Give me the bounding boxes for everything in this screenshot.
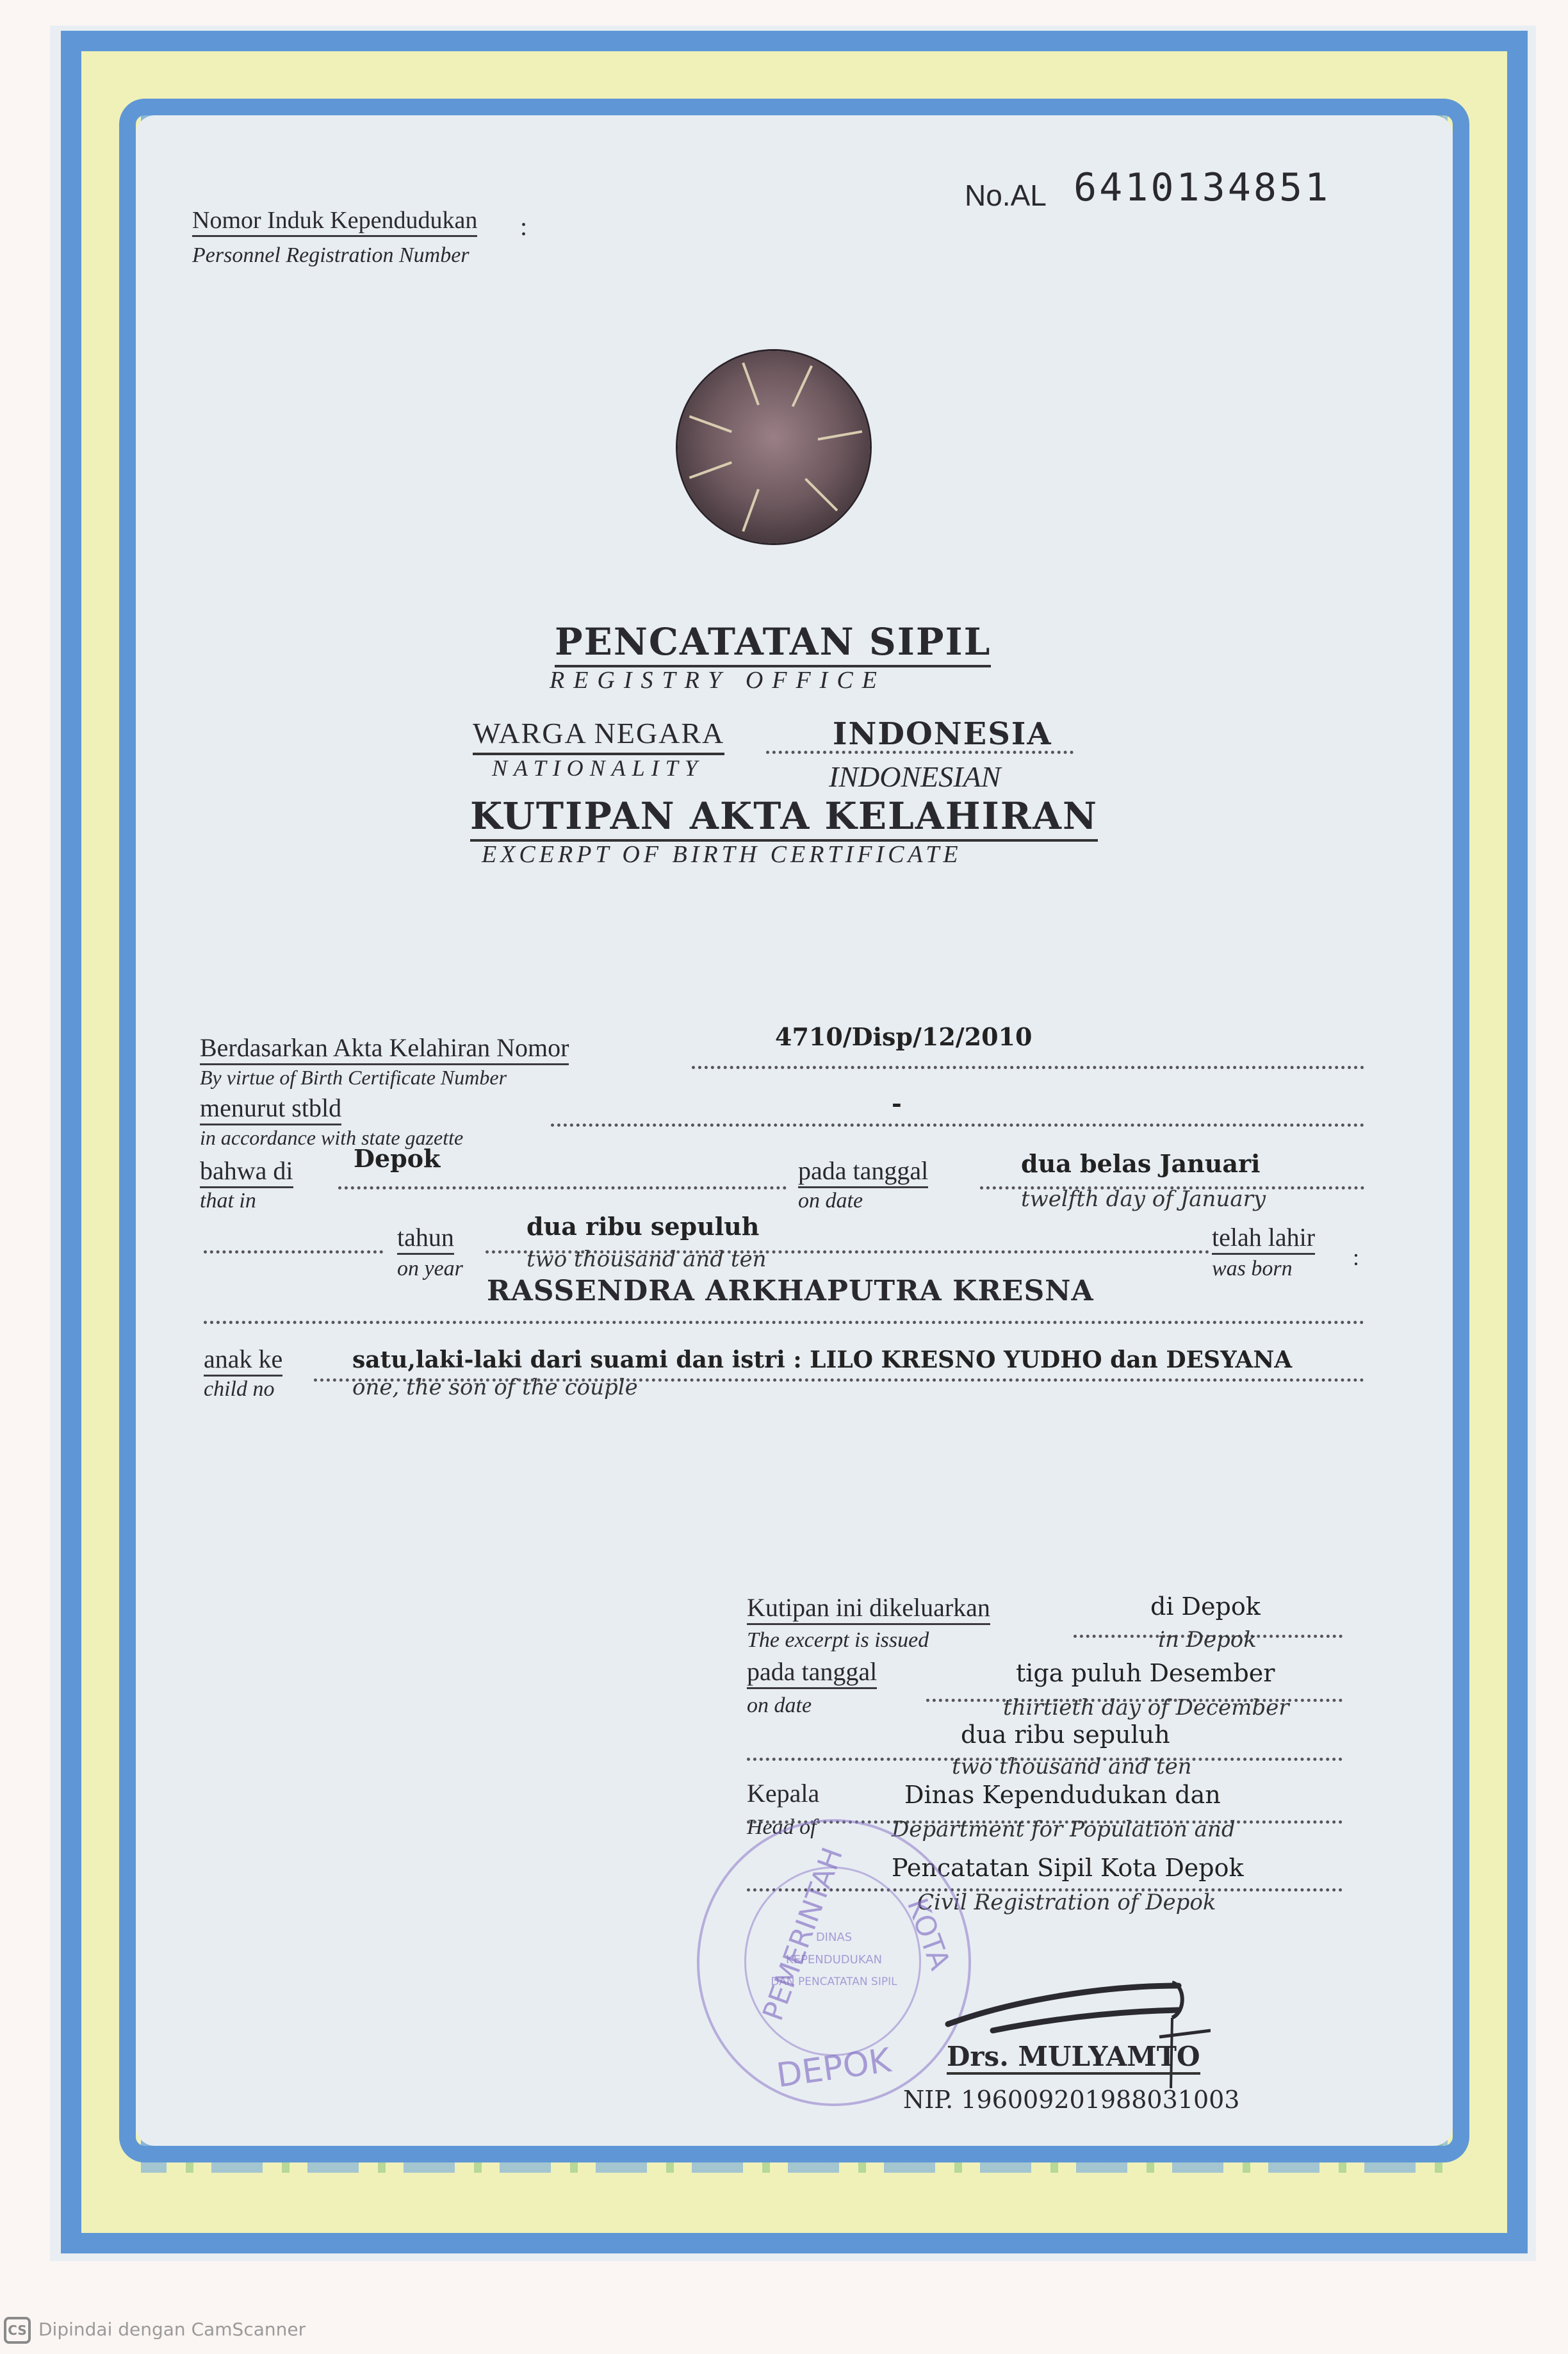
date-value-en: twelfth day of January [1021, 1186, 1266, 1212]
document-title: KUTIPAN AKTA KELAHIRAN [470, 794, 1098, 842]
born-label-en: was born [1212, 1258, 1293, 1280]
department-line1: Dinas Kependudukan dan [904, 1781, 1221, 1809]
year-value-en: two thousand and ten [527, 1246, 767, 1272]
issue-date-value: tiga puluh Desember [1016, 1659, 1275, 1687]
stbld-label: menurut stbld [200, 1095, 341, 1125]
dotted-line [204, 1250, 383, 1254]
stamp-center-line1: DINAS [751, 1931, 917, 1944]
nationality-value-en: INDONESIAN [829, 760, 1000, 794]
garuda-seal-icon [678, 351, 870, 543]
year-label: tahun [397, 1225, 454, 1255]
office-title-en: REGISTRY OFFICE [550, 666, 886, 694]
nik-sublabel: Personnel Registration Number [192, 245, 470, 266]
child-no-value-en: one, the son of the couple [352, 1375, 638, 1400]
stamp-ring-text-bottom: DEPOK [774, 2041, 894, 2095]
issue-year-value: dua ribu sepuluh [961, 1721, 1170, 1749]
official-stamp: PEMERINTAH KOTA DEPOK DINAS KEPENDUDUKAN… [697, 1819, 971, 2106]
date-label-en: on date [798, 1190, 863, 1212]
nationality-dotted-line [766, 751, 1074, 754]
nik-colon: : [520, 211, 527, 241]
certificate-number-label: Berdasarkan Akta Kelahiran Nomor [200, 1035, 569, 1065]
serial-number: 6410134851 [1074, 165, 1330, 210]
camscanner-logo-icon: CS [4, 2317, 31, 2344]
certificate-number-value: 4710/Disp/12/2010 [775, 1022, 1032, 1051]
signatory-nip: NIP. 196009201988031003 [903, 2086, 1239, 2114]
issue-date-value-en: thirtieth day of December [1003, 1695, 1289, 1721]
nationality-label-en: NATIONALITY [492, 755, 704, 781]
place-label: bahwa di [200, 1158, 293, 1188]
scanner-watermark: Dipindai dengan CamScanner [38, 2319, 306, 2340]
place-label-en: that in [200, 1190, 256, 1212]
born-label: telah lahir [1212, 1225, 1315, 1255]
child-no-label-en: child no [204, 1378, 274, 1400]
dotted-line [692, 1066, 1364, 1069]
dotted-line [204, 1321, 1364, 1324]
child-name: RASSENDRA ARKHAPUTRA KRESNA [487, 1275, 1094, 1307]
child-no-label: anak ke [204, 1346, 282, 1377]
issue-year-value-en: two thousand and ten [952, 1754, 1192, 1779]
child-no-value: satu,laki-laki dari suami dan istri : LI… [352, 1346, 1292, 1373]
issue-date-label: pada tanggal [747, 1659, 877, 1689]
serial-prefix: No.AL [965, 178, 1047, 213]
office-title: PENCATATAN SIPIL [555, 620, 991, 667]
date-value: dua belas Januari [1021, 1149, 1260, 1178]
place-value: Depok [354, 1144, 440, 1173]
stamp-center-line2: KEPENDUDUKAN [751, 1953, 917, 1966]
year-label-en: on year [397, 1258, 463, 1280]
stamp-center-line3: DAN PENCATATAN SIPIL [751, 1975, 917, 1988]
signatory-name: Drs. MULYAMTO [947, 2041, 1200, 2075]
dotted-line [338, 1186, 787, 1189]
issued-place-en: in Depok [1158, 1627, 1257, 1653]
issue-date-label-en: on date [747, 1695, 812, 1717]
issued-place: di Depok [1150, 1592, 1261, 1621]
document-title-en: EXCERPT OF BIRTH CERTIFICATE [482, 840, 962, 869]
signature-icon [942, 1966, 1211, 2095]
dotted-line [551, 1124, 1364, 1127]
nationality-label: WARGA NEGARA [473, 716, 724, 755]
department-line1-en: Department for Population and [892, 1817, 1236, 1842]
head-label: Kepala [747, 1781, 819, 1806]
certificate-number-label-en: By virtue of Birth Certificate Number [200, 1067, 507, 1088]
date-label: pada tanggal [798, 1158, 928, 1188]
born-colon: : [1353, 1244, 1359, 1271]
issued-label-en: The excerpt is issued [747, 1630, 929, 1651]
stbld-value: - [892, 1089, 902, 1118]
nationality-value: INDONESIA [833, 716, 1052, 752]
nik-label: Nomor Induk Kependudukan [192, 208, 477, 237]
year-value: dua ribu sepuluh [527, 1212, 759, 1241]
issued-label: Kutipan ini dikeluarkan [747, 1595, 990, 1625]
